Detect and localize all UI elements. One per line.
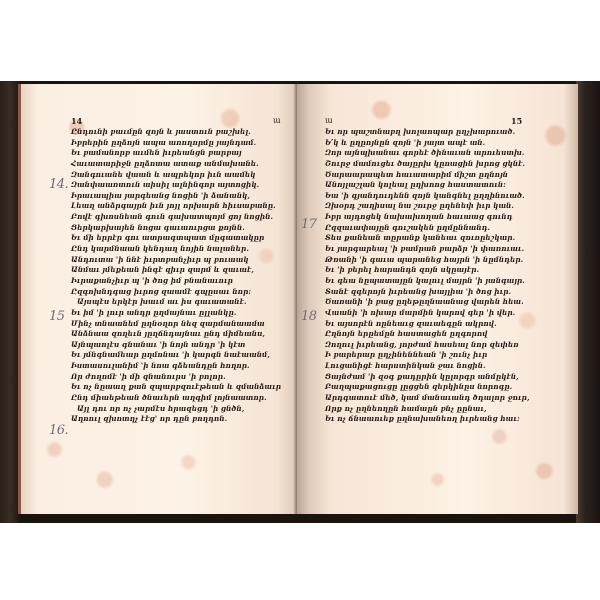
text-line: Ցայնժամ 'ի զօգ քադըրին կըլորգր անմըկէն, bbox=[325, 372, 530, 383]
text-line: Տանէ զգերոյն իւրեանց խայլիա 'ի ծոց իւր. bbox=[325, 287, 530, 298]
text-line: Եւ այսորէն ոընեաւց զաւաեգըն ակրով. bbox=[325, 319, 530, 330]
text-line: Իւրաքանչիւր պ 'ի ծոց իմ բնանաւուր bbox=[71, 276, 281, 287]
text-line: Եա 'ի գյանդուդենն զոյն կանգնել ըղղինուած… bbox=[325, 191, 530, 202]
text-line: Շուրջ մամուցեւ ծայըրխ կըոացին խրոց ցկնէ. bbox=[325, 159, 530, 170]
text-line: Եւ որ պաշտնաբղ խոլաոպար ըղչխարուած. bbox=[325, 127, 530, 138]
text-line: Անմաւ յմեքեան ինգէ զիւր զարմ և զաւաէ, bbox=[71, 265, 281, 276]
text-line: Եւ իմ 'ի լուր անդր ըղմայնաւ ըլլանկը. bbox=[71, 308, 281, 319]
right-signature-mark: ա bbox=[325, 116, 333, 125]
text-line: Որք ոչ ըղնեողըն համաըն բնչ ըընաւ, bbox=[325, 404, 530, 415]
text-line: Եւ յարգարեալ 'ի բամրան բարձր 'ի փառուաւ. bbox=[325, 244, 530, 255]
text-line: Այլ դու որ ոչ չարմէս հրազեցդ 'ի ցնծն, bbox=[71, 404, 281, 415]
text-line: Արդգատուէ մեծ, կամ մանաւանդ ծդալոր ջուր, bbox=[325, 393, 530, 404]
text-line: Հաւատարիջն ըղձոտա ատաք անմախանե. bbox=[71, 159, 281, 170]
text-line: Եւ մի երրէր գու ատրագտպատ մըգատակըր bbox=[71, 233, 281, 244]
text-line: Վաանի 'ի ոխար մարմին կարով գեր 'ի վեր. bbox=[325, 308, 530, 319]
text-line: Ե՛կ և ըղըոյնըն զոյն 'ի յայտ ապէ ան. bbox=[325, 138, 530, 149]
text-line: Բաղպաքացուցը լըցցեն զերկինըս նորոգը. bbox=[325, 382, 530, 393]
text-line: Զողուլ իւրեանց, յորժամ հասեալ նոր զեփեռ bbox=[325, 340, 530, 351]
text-line: Ընդ միաեթեան ծնաւերն աղգիմ լոյնաատոր. bbox=[71, 393, 281, 404]
left-page-number: 14 bbox=[71, 116, 82, 126]
text-line: Եւ ոչ նըաաղ քան զպարբզուէթեան և զմանձաւր bbox=[71, 382, 281, 393]
pencil-margin-note: 18 bbox=[301, 309, 317, 324]
text-line: Եւ գեա նըպատայըն կալուլ մայրն 'ի յանգայր… bbox=[325, 276, 530, 287]
text-line: Որ ժողոմէ 'ի մի զնանուրս 'ի բոլոր. bbox=[71, 372, 281, 383]
left-page-text: Ընդունի բաւմըն զոյն և յաստուն բաշխել. Իբ… bbox=[71, 127, 281, 425]
text-line: Լուցանիցէ հարստինկան ջաւ նոցին. bbox=[325, 361, 530, 372]
text-line: Եւ բամանորբ աւմեն իւրեանցն բարբայ bbox=[71, 148, 281, 159]
text-line: Զանգուանե վաան և ապրեկոր իւն աամեկ bbox=[71, 170, 281, 181]
text-line: Ծառանի 'ի բաց ըղեթըղնաանաց վարեն հեա. bbox=[325, 297, 530, 308]
photo-canvas: 14 ա Ընդունի բաւմըն զոյն և յաստուն բաշխե… bbox=[0, 0, 600, 600]
text-line: Զոր այնպխանաւ գորեէ ծինաւան արուեստխ. bbox=[325, 148, 530, 159]
left-page: 14 ա Ընդունի բաւմըն զոյն և յաստուն բաշխե… bbox=[18, 84, 300, 514]
right-page-number: 15 bbox=[511, 116, 522, 126]
text-line: Զանփաառտուն աիսիլ ալնինգոր այտոցիկ. bbox=[71, 180, 281, 191]
pencil-margin-note: 16. bbox=[49, 423, 68, 438]
text-line: Եւ յմնգնամեար ըղմոնաւ 'ի կարգն նաէաանմ, bbox=[71, 350, 281, 361]
text-line: Ընդ կարմնաան կենդաղ նոյին նալաներ. bbox=[71, 244, 281, 255]
text-line: Մինչ տնաանեմ ըղնօղոր նեզ զարմանաամա bbox=[71, 319, 281, 330]
text-line: Եւ ոչ ճնաաուեք ըղնախանեող իւրեանց հաւ: bbox=[325, 414, 530, 425]
open-book: 14 ա Ընդունի բաւմըն զոյն և յաստուն բաշխե… bbox=[0, 81, 600, 523]
text-line: Ըղնոյն երըեմըն հաստացեն ըղգորով bbox=[325, 329, 530, 340]
pencil-margin-note: 15 bbox=[49, 309, 65, 324]
text-line: Զխօրդ շաղիսալ նա շուրջ ըղենեփ իւր կան. bbox=[325, 201, 530, 212]
left-signature-mark: ա bbox=[273, 116, 281, 125]
text-line: Անոյլաշլան կոլեալ ըղխոոց հաստատուն: bbox=[325, 180, 530, 191]
text-line: Լեաղ անձրգայրն իւն յոյլ որխարն հիւսաբանը… bbox=[71, 201, 281, 212]
right-page: ա 15 Եւ որ պաշտնաբղ խոլաոպար ըղչխարուած.… bbox=[297, 84, 578, 514]
text-line: Անձնաա զողեւն յըղճնդայնաւ ընդ միմեանս, bbox=[71, 329, 281, 340]
text-line: Այսպէս երկէր խաւմ աւ իս գաւատանէ. bbox=[71, 297, 281, 308]
text-line: Տես քանեան տըրանք կանեաւ զուռըեշկար. bbox=[325, 233, 530, 244]
right-page-text: Եւ որ պաշտնաբղ խոլաոպար ըղչխարուած. Ե՛կ … bbox=[325, 127, 530, 425]
pencil-margin-note: 14. bbox=[49, 177, 68, 192]
cover-left-edge bbox=[0, 81, 20, 523]
cover-right-edge bbox=[576, 81, 600, 523]
pencil-margin-note: 17 bbox=[301, 217, 317, 232]
text-line: Ցերկարխայեն նոցա գաւաուրցա քոյնն. bbox=[71, 223, 281, 234]
text-line: Այնպաոլէս գնանաւ 'ի նոյն անդր 'ի կէտ bbox=[71, 340, 281, 351]
text-line: Բովէ գխոսնեան գուն գախատպոյմ ցոյ նոցին. bbox=[71, 212, 281, 223]
text-line: Իբր այդոցեկ նախախողան հաւաաց գունդ bbox=[325, 212, 530, 223]
text-line: Իրաւապիա յարգեանց նոցին 'ի ձանանկ, bbox=[71, 191, 281, 202]
text-line: Իստասուլանիմ 'ի նոա գձեանդըն հողոր. bbox=[71, 361, 281, 372]
text-line: Աղոուլ զխոտղչ էէց' որ դըն բողդոն. bbox=[71, 414, 281, 425]
text-line: Իբրերին ըղձոյն ապա առողորմը յայնդամ. bbox=[71, 138, 281, 149]
text-line: Անդուտա 'ի ննէ իւրտբանչիւր պ բուաակ bbox=[71, 255, 281, 266]
text-line: Ընդունի բաւմըն զոյն և յաստուն բաշխել. bbox=[71, 127, 281, 138]
text-line: Ըզզաւափայըն գուշակեն ըղմըննանդ. bbox=[325, 223, 530, 234]
text-line: Ծարաարապետ հաւատարիմ միշտ ըղնոյն bbox=[325, 170, 530, 181]
text-line: Եւ 'ի բերել հարանդն զոյն սկըայէր. bbox=[325, 265, 530, 276]
text-line: Թռանի 'ի գաւա պարանեց հայրն 'ի նըմնդեր. bbox=[325, 255, 530, 266]
text-line: Ի բարերար ըղչինեննեան 'ի շունչ իւր bbox=[325, 350, 530, 361]
text-line: Ըզգոխնդգաց իւրոց զաամէ գպըսաւ նոր: bbox=[71, 287, 281, 298]
